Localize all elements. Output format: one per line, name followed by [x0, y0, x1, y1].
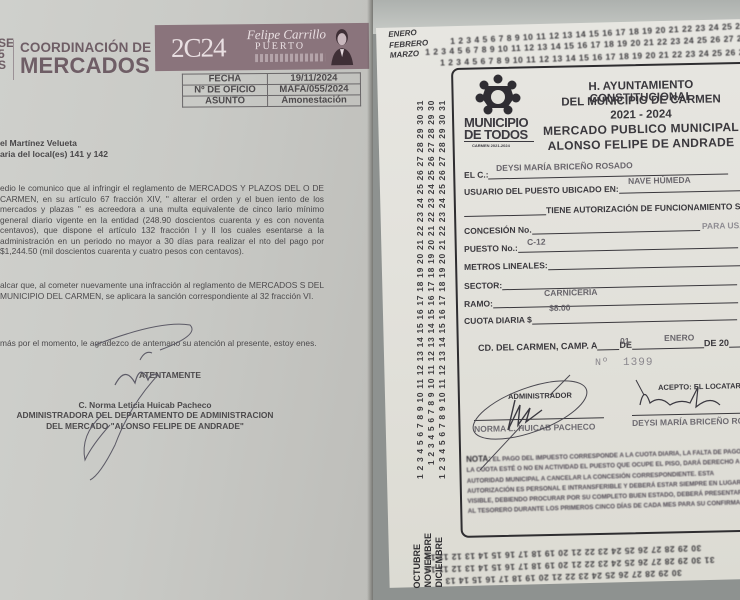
anio-label: DE 20: [704, 338, 729, 349]
amonestacion-letter: SE 5 S COORDINACIÓN DE MERCADOS 2C24 Fel…: [0, 0, 373, 600]
banner-fine-print: [255, 53, 325, 62]
paragraph-fine: edio le comunico que al infringir el reg…: [0, 183, 324, 257]
cuota-label: CUOTA DIARIA $: [464, 315, 532, 326]
nota-label: NOTA:: [466, 454, 491, 464]
sector-label: SECTOR:: [464, 280, 502, 291]
para-usar-label: PARA USAR: [702, 220, 740, 231]
recipient-block: el Martínez Velueta aria del local(es) 1…: [0, 138, 108, 160]
days-diciembre: 1 2 3 4 5 6 7 8 9 10 11 12 13 14 15 16 1…: [437, 100, 447, 479]
folio-number: Nº1399: [595, 357, 653, 369]
coordinacion-mercados-title: COORDINACIÓN DE MERCADOS: [20, 40, 151, 77]
title-line-2: MERCADOS: [20, 55, 151, 77]
asunto-label: ASUNTO: [183, 96, 268, 108]
month-diciembre: DICIEMBRE: [434, 537, 444, 588]
oficio-info-table: FECHA 19/11/2024 Nº DE OFICIO MAFA/055/2…: [182, 72, 361, 107]
days-octubre: 1 2 3 4 5 6 7 8 9 10 11 12 13 14 15 16 1…: [415, 100, 425, 479]
logo-line-3: CARMEN 2021-2024: [472, 143, 510, 148]
top-months: ENERO FEBRERO MARZO: [388, 27, 429, 61]
logo-divider: [13, 40, 14, 80]
logo-fragment: SE 5 S: [0, 38, 10, 71]
recipient-role: aria del local(es) 141 y 142: [0, 149, 108, 160]
felipe-carrillo-puerto-banner: 2C24 Felipe Carrillo PUERTO: [155, 23, 369, 71]
banner-place: PUERTO: [255, 41, 305, 53]
banner-year: 2C24: [171, 32, 226, 64]
month-octubre: OCTUBRE: [412, 544, 422, 589]
asunto-value: Amonestación: [268, 95, 361, 107]
dia-value: 01: [620, 336, 630, 346]
recipient-name: el Martínez Velueta: [0, 138, 108, 149]
side-day-columns: 1 2 3 4 5 6 7 8 9 10 11 12 13 14 15 16 1…: [415, 100, 455, 520]
nota-block: NOTA: EL PAGO DEL IMPUESTO CORRESPONDE A…: [466, 446, 740, 518]
tenant-signature-icon: [630, 375, 740, 425]
days-noviembre: 1 2 3 4 5 6 7 8 9 10 11 12 13 14 15 16 1…: [426, 100, 436, 465]
usuario-value: NAVE HÚMEDA: [628, 175, 691, 186]
cuota-value: $8.00: [549, 303, 570, 313]
concesion-label: CONCESIÓN No.: [464, 225, 532, 236]
el-c-label: EL C.:: [464, 169, 489, 180]
metros-label: METROS LINEALES:: [464, 260, 548, 272]
ramo-label: RAMO:: [464, 298, 493, 309]
ramo-value: CARNICERÍA: [544, 287, 598, 298]
folio-value: 1399: [623, 357, 653, 369]
nota-text: EL PAGO DEL IMPUESTO CORRESPONDE A LA CU…: [466, 448, 740, 515]
puesto-label: PUESTO No.:: [464, 243, 518, 254]
municipio-de-todos-logo: MUNICIPIO DE TODOS CARMEN 2021-2024: [464, 74, 528, 154]
folio-label: Nº: [595, 358, 609, 369]
handwritten-signature-icon: [40, 265, 240, 495]
table-row: ASUNTO Amonestación: [183, 95, 361, 107]
mes-value: ENERO: [664, 332, 694, 343]
municipio-emblem-icon: [474, 74, 522, 116]
portrait-icon: [329, 27, 355, 65]
logo-line-2: DE TODOS: [464, 129, 534, 142]
puesto-value: C-12: [527, 237, 546, 247]
